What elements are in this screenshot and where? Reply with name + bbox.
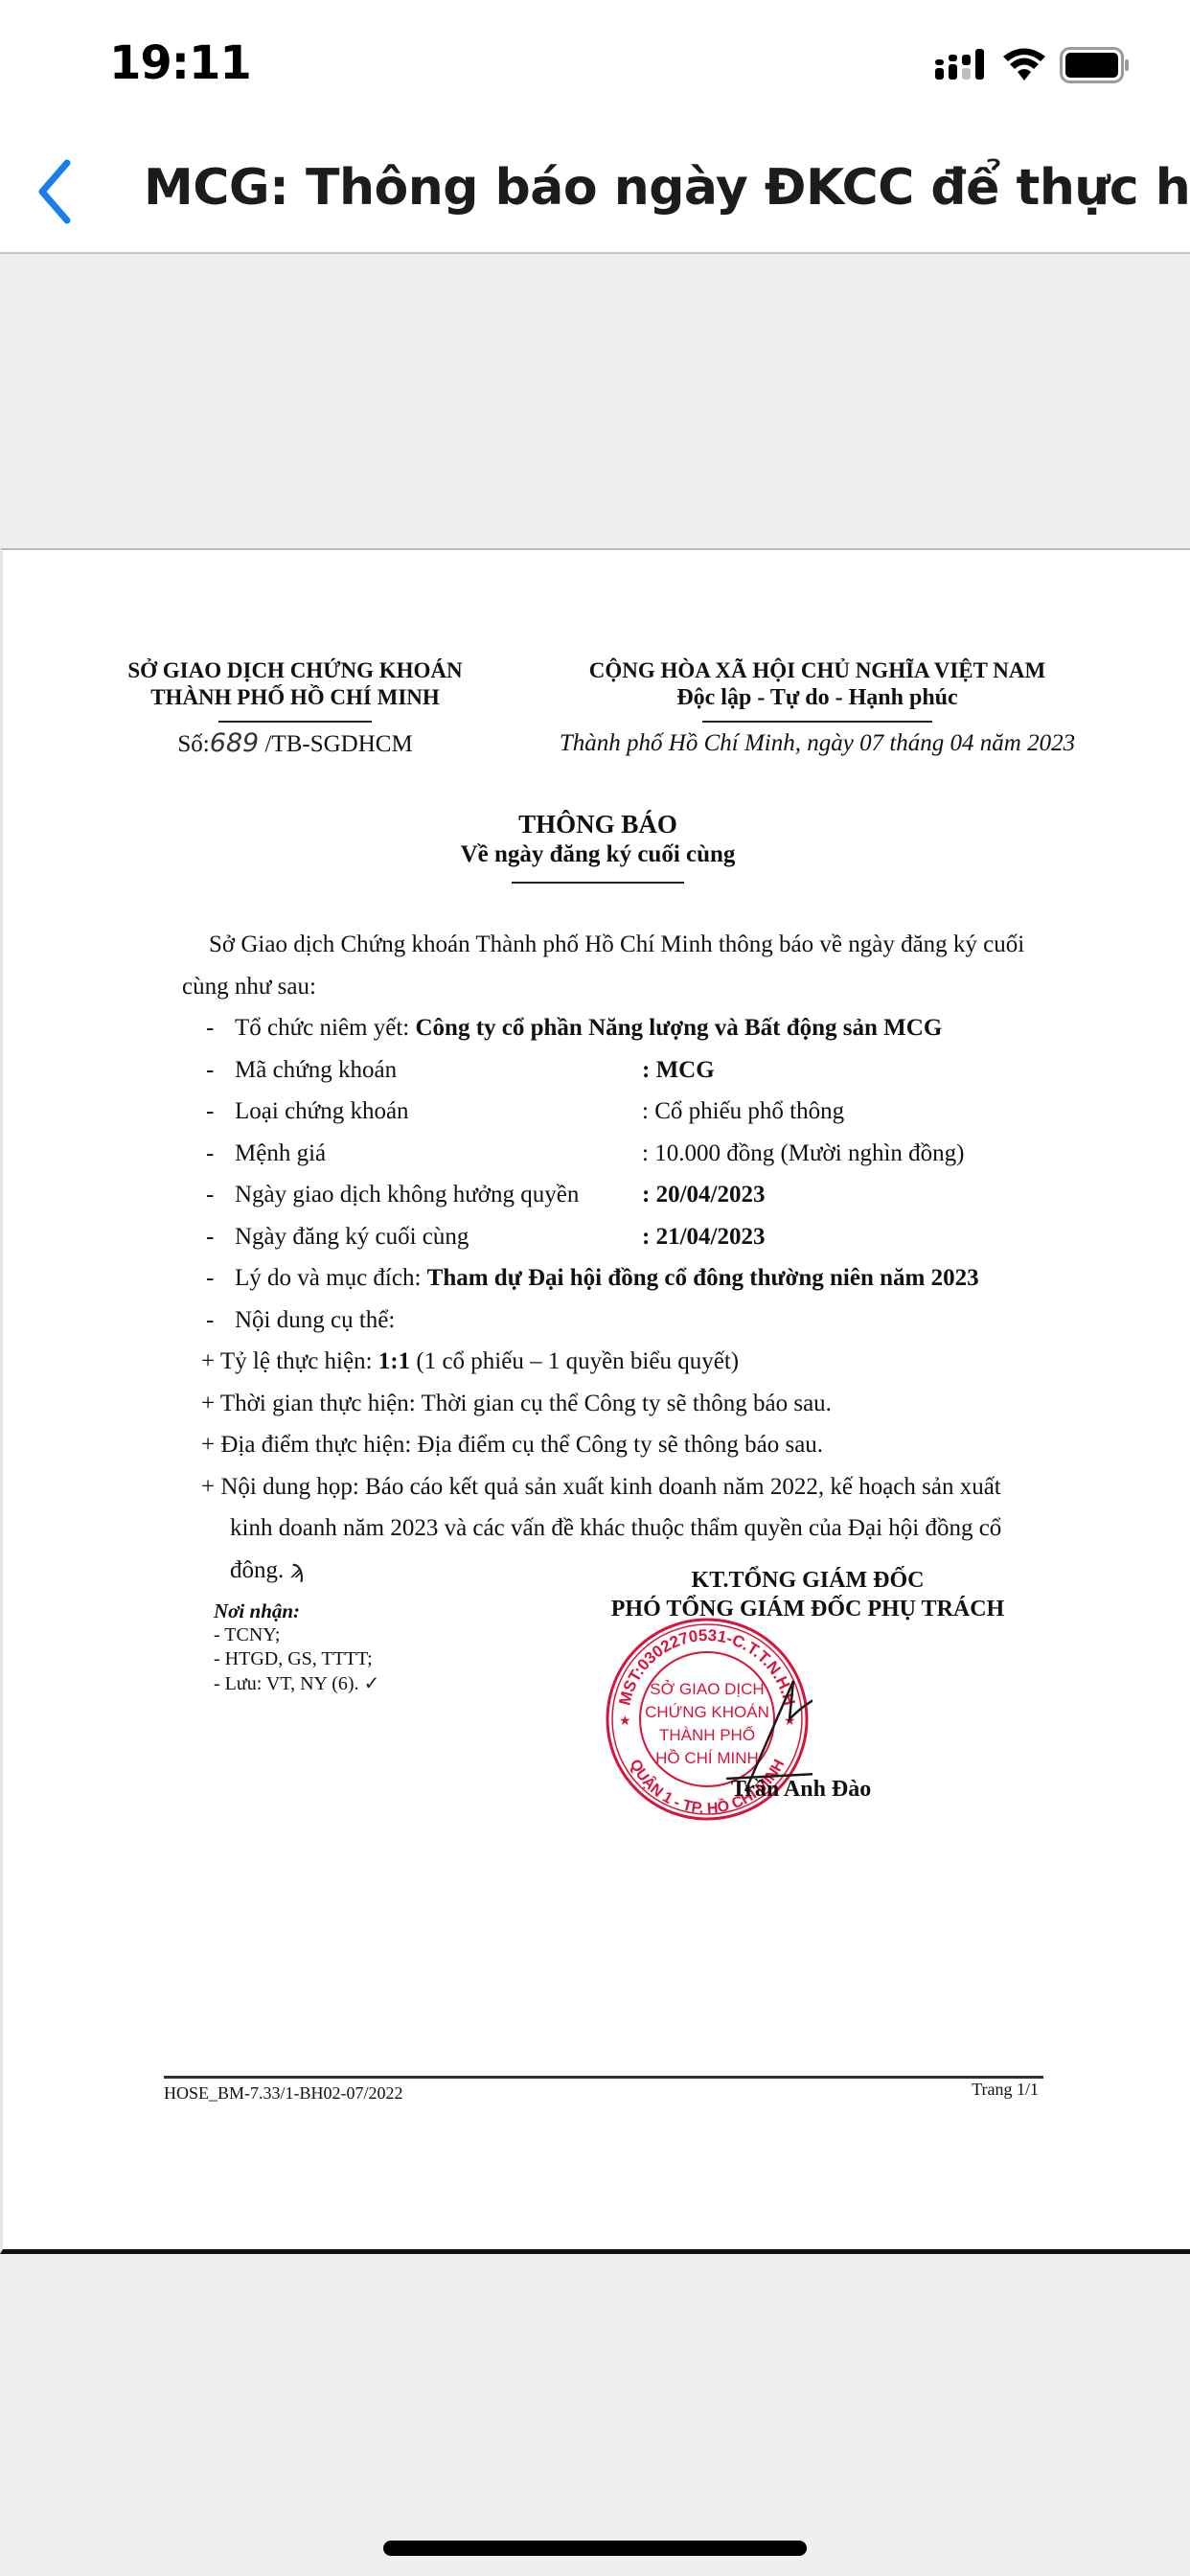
battery-icon [1060, 47, 1131, 83]
footer-divider [164, 2076, 1043, 2079]
status-bar: 19:11 [0, 0, 1190, 125]
recipient-item: - HTGD, GS, TTTT; [214, 1647, 379, 1671]
status-icons [935, 46, 1131, 84]
item-value: : Cổ phiếu phổ thông [642, 1091, 844, 1133]
number-prefix: Số: [177, 731, 209, 757]
detail-place: + Địa điểm thực hiện: Địa điểm cụ thể Cô… [182, 1424, 1049, 1466]
page-indicator: Trang 1/1 [972, 2080, 1039, 2100]
national-motto-1: CỘNG HÒA XÃ HỘI CHỦ NGHĨA VIỆT NAM [539, 657, 1095, 684]
wifi-icon [1002, 48, 1046, 82]
item-label: Nội dung cụ thể: [206, 1307, 395, 1333]
chevron-left-icon [29, 153, 86, 230]
svg-text:CHỨNG KHOÁN: CHỨNG KHOÁN [645, 1703, 769, 1721]
national-motto-2: Độc lập - Tự do - Hạnh phúc [539, 684, 1095, 711]
recipients-heading: Nơi nhận: [214, 1599, 379, 1623]
svg-text:SỞ GIAO DỊCH: SỞ GIAO DỊCH [650, 1680, 764, 1698]
signature-title-1: KT.TỔNG GIÁM ĐỐC [578, 1566, 1038, 1595]
svg-text:THÀNH PHỐ: THÀNH PHỐ [659, 1725, 755, 1744]
initials-mark: ✓ [364, 1671, 380, 1694]
svg-text:★: ★ [619, 1714, 631, 1729]
document-title: THÔNG BÁO [3, 809, 1190, 839]
item-label: Loại chứng khoán [235, 1091, 409, 1133]
item-label: Lý do và mục đích: [235, 1265, 427, 1291]
document-body: Sở Giao dịch Chứng khoán Thành phố Hồ Ch… [182, 924, 1049, 1591]
svg-text:HỒ CHÍ MINH: HỒ CHÍ MINH [655, 1749, 759, 1767]
item-ticker: -Mã chứng khoán: MCG [182, 1049, 1049, 1092]
issuer-header: SỞ GIAO DỊCH CHỨNG KHOÁN THÀNH PHỐ HỒ CH… [108, 657, 482, 758]
item-value: : MCG [642, 1049, 715, 1092]
item-value: : 10.000 đồng (Mười nghìn đồng) [642, 1133, 965, 1175]
navigation-bar: MCG: Thông báo ngày ĐKCC để thực hiệ... [0, 125, 1190, 254]
item-label: Ngày đăng ký cuối cùng [235, 1216, 469, 1258]
item-purpose: -Lý do và mục đích: Tham dự Đại hội đồng… [182, 1257, 1049, 1299]
item-label: Tổ chức niêm yết: [235, 1015, 416, 1041]
issuer-line-2: THÀNH PHỐ HỒ CHÍ MINH [108, 684, 482, 711]
item-value: Tham dự Đại hội đồng cổ đông thường niên… [427, 1265, 979, 1291]
cellular-signal-icon [935, 49, 989, 81]
recipient-item: - TCNY; [214, 1623, 379, 1647]
divider [218, 721, 372, 723]
issuer-line-1: SỞ GIAO DỊCH CHỨNG KHOÁN [108, 657, 482, 684]
detail-ratio: + Tỷ lệ thực hiện: 1:1 (1 cổ phiếu – 1 q… [182, 1341, 1049, 1383]
number-handwritten: 689 [210, 728, 260, 758]
item-record-date: -Ngày đăng ký cuối cùng: 21/04/2023 [182, 1216, 1049, 1258]
ratio-note: (1 cổ phiếu – 1 quyền biểu quyết) [410, 1348, 739, 1374]
item-label: Mệnh giá [235, 1133, 326, 1175]
item-label: Ngày giao dịch không hưởng quyền [235, 1174, 579, 1216]
item-value: : 21/04/2023 [642, 1216, 765, 1258]
national-header: CỘNG HÒA XÃ HỘI CHỦ NGHĨA VIỆT NAM Độc l… [539, 657, 1095, 757]
recipient-item: - Lưu: VT, NY (6). ✓ [214, 1671, 379, 1696]
back-button[interactable] [29, 153, 86, 230]
divider [512, 882, 684, 884]
nav-title: MCG: Thông báo ngày ĐKCC để thực hiệ... [144, 159, 1190, 217]
document-subtitle: Về ngày đăng ký cuối cùng [3, 839, 1190, 870]
item-ex-rights-date: -Ngày giao dịch không hưởng quyền: 20/04… [182, 1174, 1049, 1216]
item-label: Mã chứng khoán [235, 1049, 397, 1092]
item-details-heading: -Nội dung cụ thể: [182, 1299, 1049, 1342]
document-title-block: THÔNG BÁO Về ngày đăng ký cuối cùng [3, 809, 1190, 884]
form-code: HOSE_BM-7.33/1-BH02-07/2022 [164, 2083, 403, 2104]
ratio-label: + Tỷ lệ thực hiện: [201, 1348, 378, 1374]
initials-mark: ϡ [290, 1555, 306, 1584]
recipients-block: Nơi nhận: - TCNY; - HTGD, GS, TTTT; - Lư… [214, 1599, 379, 1696]
number-suffix: /TB-SGDHCM [264, 731, 412, 757]
status-time: 19:11 [109, 36, 251, 90]
document-number: Số:689 /TB-SGDHCM [108, 730, 482, 758]
item-listed-org: -Tổ chức niêm yết: Công ty cổ phần Năng … [182, 1007, 1049, 1049]
home-indicator[interactable] [383, 2541, 807, 2556]
detail-time: + Thời gian thực hiện: Thời gian cụ thể … [182, 1383, 1049, 1425]
divider [702, 721, 932, 723]
item-value: : 20/04/2023 [642, 1174, 765, 1216]
intro-paragraph: Sở Giao dịch Chứng khoán Thành phố Hồ Ch… [182, 924, 1049, 1007]
ratio-value: 1:1 [378, 1348, 410, 1374]
item-security-type: -Loại chứng khoán: Cổ phiếu phổ thông [182, 1091, 1049, 1133]
item-value: Công ty cổ phần Năng lượng và Bất động s… [416, 1015, 943, 1041]
recipient-text: - Lưu: VT, NY (6). [214, 1673, 359, 1694]
signer-name: Trần Anh Đào [731, 1777, 871, 1803]
document-date: Thành phố Hồ Chí Minh, ngày 07 tháng 04 … [539, 730, 1095, 757]
document-page[interactable]: SỞ GIAO DỊCH CHỨNG KHOÁN THÀNH PHỐ HỒ CH… [0, 548, 1190, 2254]
item-par-value: -Mệnh giá: 10.000 đồng (Mười nghìn đồng) [182, 1133, 1049, 1175]
